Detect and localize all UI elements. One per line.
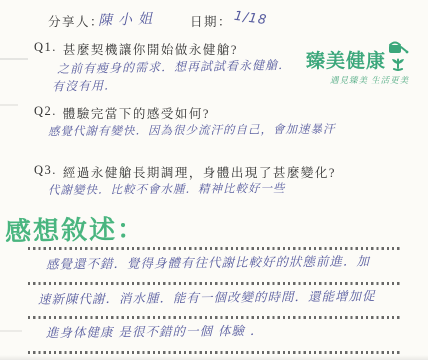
feedback-line-1: 感覺還不錯．覺得身體有往代謝比較好的狀態前進．加 xyxy=(46,251,370,272)
sharer-name-handwritten: 陳小姐 xyxy=(98,8,159,30)
q3-answer-line-1: 代謝變快．比較不會水腫．精神比較好一些 xyxy=(48,180,286,198)
feedback-line-3: 進身体健康 是很不錯的一個 体驗 ． xyxy=(46,321,264,341)
q2-text: 體驗完當下的感受如何? xyxy=(63,104,210,122)
sharer-label: 分享人： xyxy=(48,12,104,30)
date-value-handwritten: 1/18 xyxy=(233,9,268,28)
scan-edge-shadow xyxy=(0,355,428,360)
scan-artifact-line xyxy=(0,104,18,106)
q1-label: Q1. xyxy=(34,40,57,58)
q2-answer-line-1: 感覺代謝有變快．因為很少流汗的自己，會加速暴汗 xyxy=(48,121,336,140)
watering-can-sprout-icon xyxy=(384,39,412,71)
q1-answer-line-1: 之前有瘦身的需求．想再試試看永健艙． xyxy=(57,56,291,77)
scan-artifact-line xyxy=(0,58,28,60)
q1-text: 甚麼契機讓你開始做永健艙? xyxy=(63,40,238,58)
dotted-writing-line xyxy=(28,282,402,285)
questionnaire-sheet: 分享人： 陳小姐 日期： 1/18 Q1. 甚麼契機讓你開始做永健艙? 之前有瘦… xyxy=(0,0,428,360)
q1-answer-line-2: 有沒有用． xyxy=(52,76,117,94)
dotted-writing-line xyxy=(28,316,402,319)
brand-name: 臻美健康 xyxy=(306,46,386,73)
date-label: 日期： xyxy=(190,12,232,30)
q3-label: Q3. xyxy=(34,163,57,181)
scan-artifact-line xyxy=(0,330,22,332)
dotted-writing-line xyxy=(28,351,402,354)
feedback-line-2: 速新陳代謝．消水腫．能有一個改變的時間．還能增加促 xyxy=(38,286,376,308)
dotted-writing-line xyxy=(28,247,402,250)
feedback-section-title: 感想敘述： xyxy=(5,209,146,249)
q3-text: 經過永健艙長期調理，身體出現了甚麼變化? xyxy=(63,163,336,181)
brand-tagline: 遇見臻美 生活更美 xyxy=(330,74,409,86)
q2-label: Q2. xyxy=(34,104,57,122)
